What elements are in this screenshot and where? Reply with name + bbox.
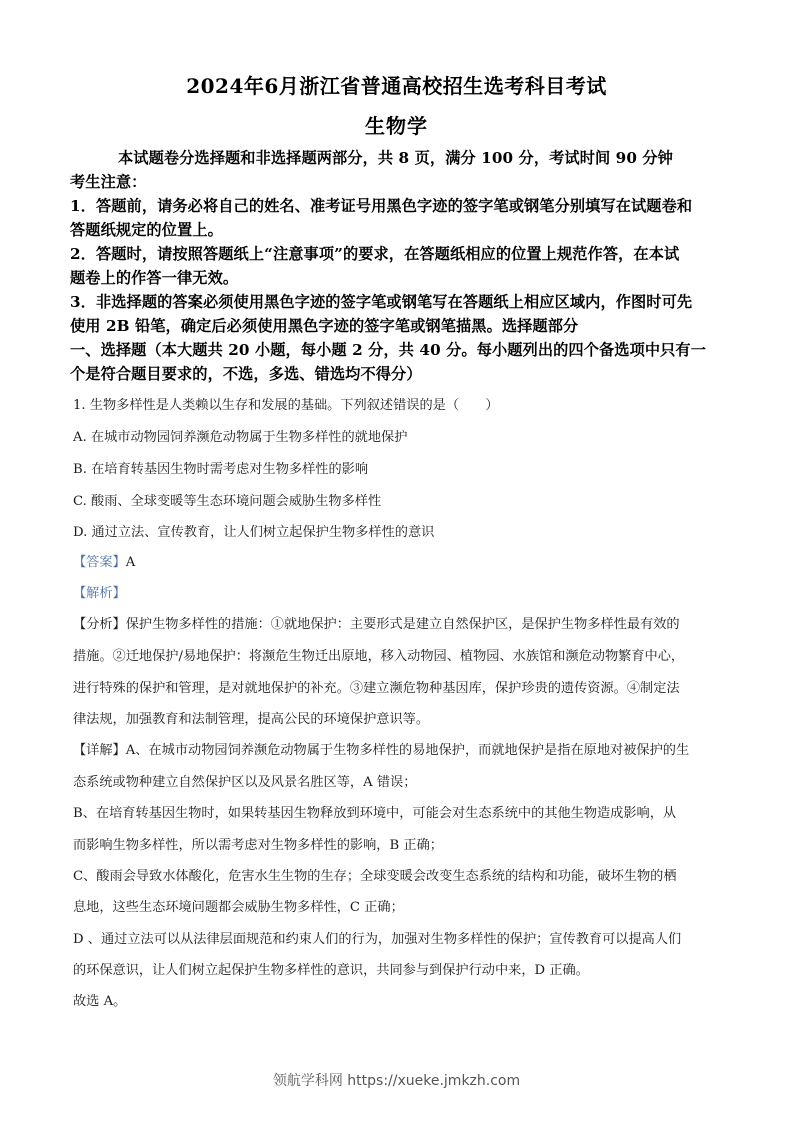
detail-line: B、在培育转基因生物时，如果转基因生物释放到环境中，可能会对生态系统中的其他生物… [73,804,733,824]
detail-line: C、酸雨会导致水体酸化，危害水生生物的生存；全球变暖会改变生态系统的结构和功能，… [73,867,733,887]
detail-line: 【详解】A、在城市动物园饲养濒危动物属于生物多样性的易地保护，而就地保护是指在原… [73,741,733,761]
final-answer-line: 故选 A。 [73,992,733,1012]
notice-heading: 考生注意： [70,170,730,194]
notice-line: 1．答题前，请务必将自己的姓名、准考证号用黑色字迹的签字笔或钢笔分别填写在试题卷… [70,194,730,218]
exam-page: 2024年6月浙江省普通高校招生选考科目考试 生物学 本试题卷分选择题和非选择题… [0,0,793,1122]
explanation-label: 【解析】 [73,586,126,601]
notice-line: 题卷上的作答一律无效。 [70,266,730,290]
answer-value: A [126,555,136,570]
analysis-line: 律法规，加强教育和法制管理，提高公民的环境保护意识等。 [73,710,733,730]
section-heading: 个是符合题目要求的，不选，多选、错选均不得分） [70,362,730,386]
question-stem: 1. 生物多样性是人类赖以生存和发展的基础。下列叙述错误的是（ ） [73,396,733,416]
option-b: B. 在培育转基因生物时需考虑对生物多样性的影响 [73,460,733,480]
answer-row: 【答案】A [73,553,733,573]
notice-line: 2．答题时，请按照答题纸上“注意事项”的要求，在答题纸相应的位置上规范作答，在本… [70,242,730,266]
analysis-line: 措施。②迁地保护/易地保护：将濒危生物迁出原地，移入动物园、植物园、水族馆和濒危… [73,647,733,667]
notice-line: 答题纸规定的位置上。 [70,218,730,242]
detail-line: 的环保意识，让人们树立起保护生物多样性的意识，共同参与到保护行动中来，D 正确。 [73,961,733,981]
option-d: D. 通过立法、宣传教育，让人们树立起保护生物多样性的意识 [73,523,733,543]
footer-watermark: 领航学科网 https://xueke.jmkzh.com [0,1070,793,1090]
option-c: C. 酸雨、全球变暖等生态环境问题会威胁生物多样性 [73,492,733,512]
subject-title: 生物学 [0,110,793,139]
notice-line: 使用 2B 铅笔，确定后必须使用黑色字迹的签字笔或钢笔描黑。选择题部分 [70,314,730,338]
detail-line: 息地，这些生态环境问题都会威胁生物多样性，C 正确； [73,898,733,918]
detail-line: 态系统或物种建立自然保护区以及风景名胜区等，A 错误； [73,773,733,793]
section-heading: 一、选择题（本大题共 20 小题，每小题 2 分，共 40 分。每小题列出的四个… [70,338,730,362]
detail-line: 而影响生物多样性，所以需考虑对生物多样性的影响，B 正确； [73,836,733,856]
explanation-row: 【解析】 [73,584,733,604]
option-a: A. 在城市动物园饲养濒危动物属于生物多样性的就地保护 [73,428,733,448]
page-title: 2024年6月浙江省普通高校招生选考科目考试 [0,70,793,99]
detail-line: D 、通过立法可以从法律层面规范和约束人们的行为，加强对生物多样性的保护；宣传教… [73,930,733,950]
answer-label: 【答案】 [73,555,126,570]
exam-intro: 本试题卷分选择题和非选择题两部分，共 8 页，满分 100 分，考试时间 90 … [118,146,778,170]
analysis-line: 进行特殊的保护和管理，是对就地保护的补充。③建立濒危物种基因库，保护珍贵的遗传资… [73,679,733,699]
notice-line: 3．非选择题的答案必须使用黑色字迹的签字笔或钢笔写在答题纸上相应区域内，作图时可… [70,290,730,314]
analysis-line: 【分析】保护生物多样性的措施：①就地保护：主要形式是建立自然保护区，是保护生物多… [73,615,733,635]
